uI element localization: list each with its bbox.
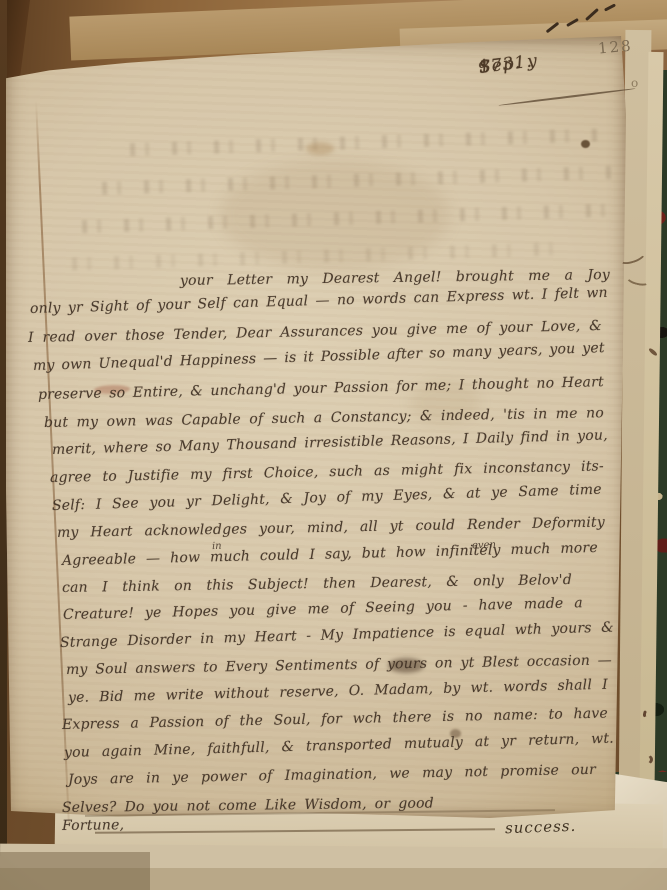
foxing-spot xyxy=(581,140,590,148)
folio-number: 128 xyxy=(597,37,633,58)
interlinear-insertion: in xyxy=(212,541,222,552)
foxing-spot xyxy=(306,142,334,155)
binding-edge-line xyxy=(0,0,7,890)
manuscript-photo: 128 o Sep. ye 3d 1731. your Letter my De… xyxy=(0,0,667,890)
underleaf-word: success. xyxy=(505,817,577,837)
shadow xyxy=(0,852,150,890)
interlinear-insertion: even xyxy=(472,540,496,552)
edge-squiggle xyxy=(638,754,653,765)
stain xyxy=(220,160,450,270)
